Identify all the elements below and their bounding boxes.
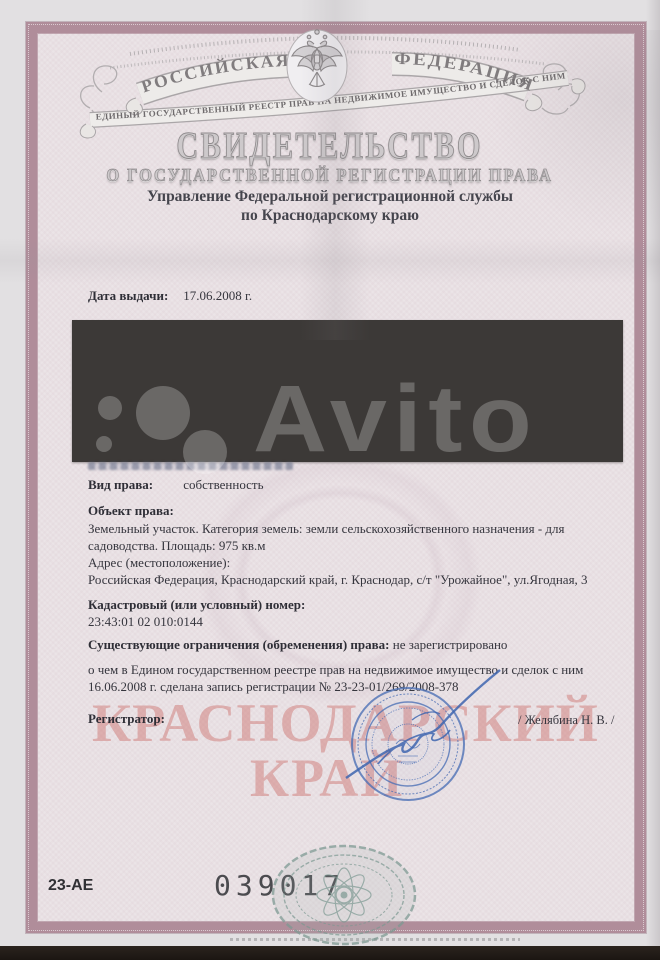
right-kind-value: собственность: [183, 477, 263, 492]
object-line-1: Земельный участок. Категория земель: зем…: [88, 521, 565, 537]
cadastral-label: Кадастровый (или условный) номер:: [88, 597, 305, 613]
cadastral-value: 23:43:01 02 010:0144: [88, 614, 203, 630]
certificate-title-text: СВИДЕТЕЛЬСТВО: [177, 124, 484, 168]
redacted-text-smudge: [88, 462, 293, 470]
issuing-authority: Управление Федеральной регистрационной с…: [0, 187, 660, 225]
right-kind-label: Вид права:: [88, 477, 180, 493]
blank-series: 23-АЕ: [48, 877, 93, 895]
registrar-label: Регистратор:: [88, 711, 165, 727]
right-kind-row: Вид права: собственность: [88, 477, 264, 493]
certificate-subtitle-text: О ГОСУДАРСТВЕННОЙ РЕГИСТРАЦИИ ПРАВА: [107, 165, 553, 186]
authority-line-1: Управление Федеральной регистрационной с…: [0, 187, 660, 206]
flourish-left: [81, 66, 118, 116]
restrictions-label: Существующие ограничения (обременения) п…: [88, 637, 389, 652]
address-label: Адрес (местоположение):: [88, 555, 230, 571]
record-line-1: о чем в Едином государственном реестре п…: [88, 662, 583, 678]
guilloche-rosette-icon: [268, 842, 420, 948]
address-value: Российская Федерация, Краснодарский край…: [88, 572, 588, 588]
issue-date-value: 17.06.2008 г.: [183, 288, 252, 303]
redaction-box: [72, 320, 623, 462]
issue-date-label: Дата выдачи:: [88, 288, 180, 304]
round-stamp-icon: [338, 660, 508, 820]
table-surface: [0, 946, 660, 960]
issue-date-row: Дата выдачи: 17.06.2008 г.: [88, 288, 252, 304]
eagle-emblem-icon: [287, 30, 347, 102]
certificate-photo: РОССИЙСКАЯ ФЕДЕРАЦИЯ ЕДИНЫЙ ГОСУДАРСТВЕН…: [0, 0, 660, 960]
authority-line-2: по Краснодарскому краю: [0, 206, 660, 225]
restrictions-value: не зарегистрировано: [393, 637, 508, 652]
header-emblem-group: РОССИЙСКАЯ ФЕДЕРАЦИЯ ЕДИНЫЙ ГОСУДАРСТВЕН…: [40, 20, 620, 140]
certificate-subtitle: О ГОСУДАРСТВЕННОЙ РЕГИСТРАЦИИ ПРАВА: [0, 165, 660, 186]
object-label: Объект права:: [88, 503, 174, 519]
registrar-signature-name: / Желябина Н. В. /: [518, 713, 614, 728]
restrictions-row: Существующие ограничения (обременения) п…: [88, 637, 507, 653]
object-line-2: садоводства. Площадь: 975 кв.м: [88, 538, 266, 554]
certificate-title: СВИДЕТЕЛЬСТВО: [0, 124, 660, 168]
